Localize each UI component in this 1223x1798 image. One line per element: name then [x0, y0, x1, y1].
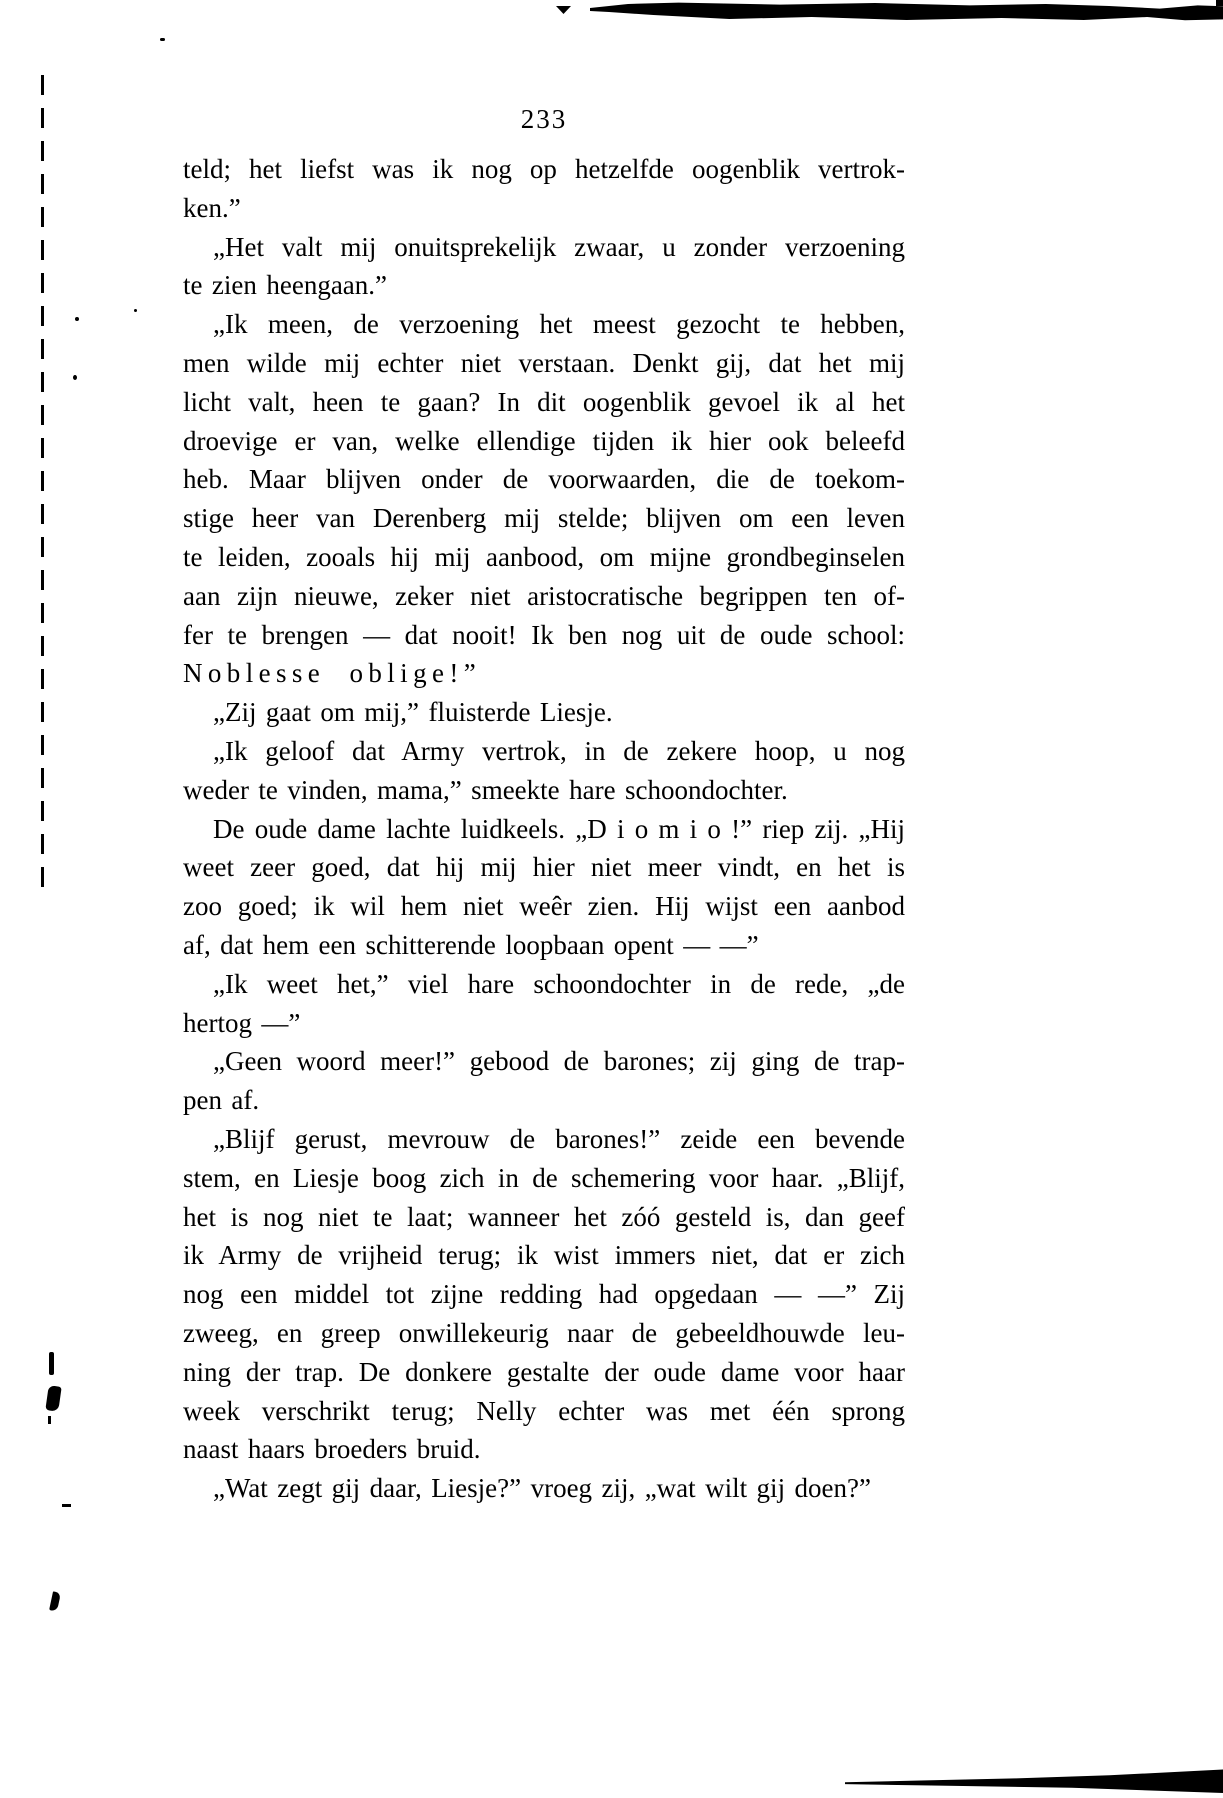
scan-artifact-mark [48, 1416, 51, 1424]
text-line: „Blijf gerust, mevrouw de barones!” zeid… [183, 1120, 905, 1159]
text-line: stige heer van Derenberg mij stelde; bli… [183, 499, 905, 538]
text-line: „Geen woord meer!” gebood de barones; zi… [183, 1042, 905, 1081]
text-line: ken.” [183, 189, 905, 228]
scan-artifact-mark [49, 1352, 54, 1375]
scan-artifact-speck [73, 375, 77, 380]
text-line: „Zij gaat om mij,” fluisterde Liesje. [183, 693, 905, 732]
text-line: „Het valt mij onuitsprekelijk zwaar, u z… [183, 228, 905, 267]
text-block: teld; het liefst was ik nog op hetzelfde… [183, 150, 905, 1508]
text-line: De oude dame lachte luidkeels. „D i o m … [183, 810, 905, 849]
text-line: hertog —” [183, 1004, 905, 1043]
page-number: 233 [183, 104, 905, 135]
scan-artifact-triangle [556, 6, 571, 14]
text-line: nog een middel tot zijne redding had opg… [183, 1275, 905, 1314]
text-line: weder te vinden, mama,” smeekte hare sch… [183, 771, 905, 810]
book-page: 233 teld; het liefst was ik nog op hetze… [0, 0, 1223, 1798]
text-line: naast haars broeders bruid. [183, 1430, 905, 1469]
scan-artifact-mark [62, 1504, 71, 1507]
text-line: teld; het liefst was ik nog op hetzelfde… [183, 150, 905, 189]
text-line: fer te brengen — dat nooit! Ik ben nog u… [183, 616, 905, 655]
text-line: men wilde mij echter niet verstaan. Denk… [183, 344, 905, 383]
text-line: „Ik weet het,” viel hare schoondochter i… [183, 965, 905, 1004]
scan-artifact-top-band [590, 1, 1223, 21]
scan-artifact-bottom-wedge [845, 1768, 1223, 1794]
text-line: heb. Maar blijven onder de voorwaarden, … [183, 460, 905, 499]
text-line: af, dat hem een schitterende loopbaan op… [183, 926, 905, 965]
text-line: droevige er van, welke ellendige tijden … [183, 422, 905, 461]
text-line: te zien heengaan.” [183, 266, 905, 305]
scan-artifact-mark [45, 1385, 61, 1412]
scan-artifact-corner-tick [1216, 0, 1223, 6]
scan-artifact-speck [160, 38, 165, 41]
text-line: zweeg, en greep onwillekeurig naar de ge… [183, 1314, 905, 1353]
text-line: aan zijn nieuwe, zeker niet aristocratis… [183, 577, 905, 616]
scan-artifact-mark [49, 1591, 61, 1611]
text-line: pen af. [183, 1081, 905, 1120]
text-line: licht valt, heen te gaan? In dit oogenbl… [183, 383, 905, 422]
text-line: week verschrikt terug; Nelly echter was … [183, 1392, 905, 1431]
text-line: „Ik geloof dat Army vertrok, in de zeker… [183, 732, 905, 771]
scan-artifact-speck [75, 317, 79, 321]
text-line: stem, en Liesje boog zich in de schemeri… [183, 1159, 905, 1198]
text-line: Noblesse oblige!” [183, 654, 905, 693]
text-line: ning der trap. De donkere gestalte der o… [183, 1353, 905, 1392]
text-line: het is nog niet te laat; wanneer het zóó… [183, 1198, 905, 1237]
text-line: „Wat zegt gij daar, Liesje?” vroeg zij, … [183, 1469, 905, 1508]
text-line: ik Army de vrijheid terug; ik wist immer… [183, 1236, 905, 1275]
text-line: „Ik meen, de verzoening het meest gezoch… [183, 305, 905, 344]
text-line: weet zeer goed, dat hij mij hier niet me… [183, 848, 905, 887]
text-line: zoo goed; ik wil hem niet weêr zien. Hij… [183, 887, 905, 926]
scan-artifact-speck [134, 309, 137, 312]
text-line: te leiden, zooals hij mij aanbood, om mi… [183, 538, 905, 577]
scan-artifact-margin-line [41, 75, 44, 890]
